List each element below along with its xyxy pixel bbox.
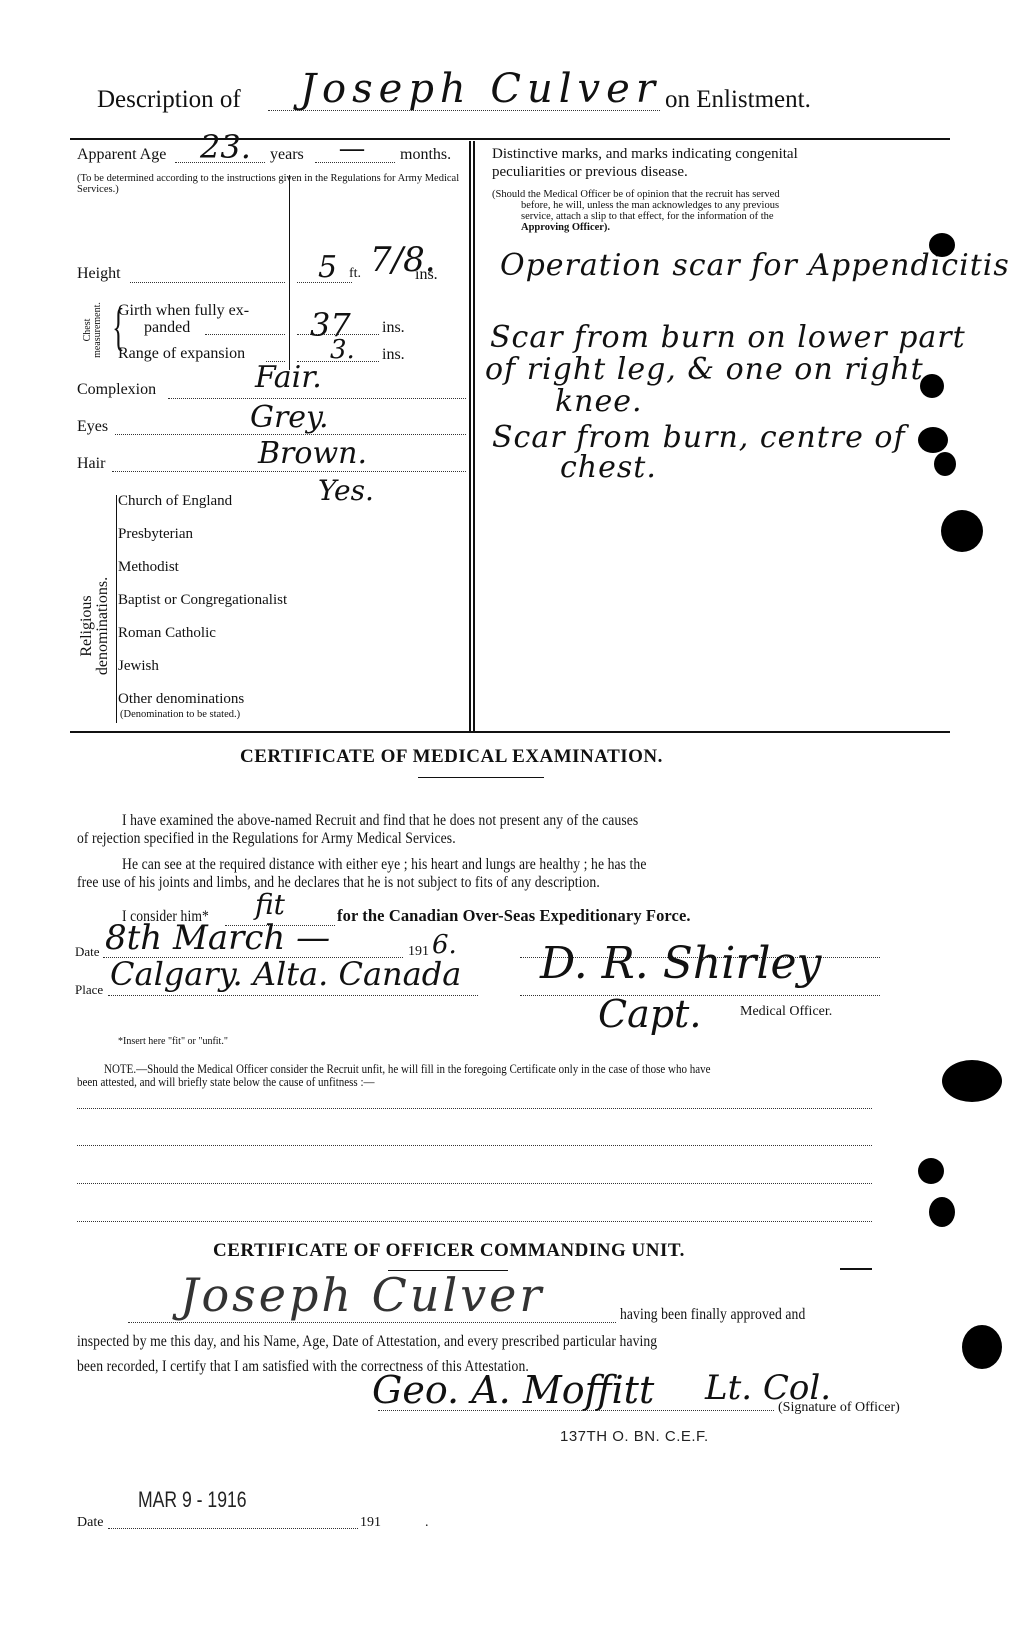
religion-line	[118, 641, 466, 642]
expansion-ins-label: ins.	[382, 346, 405, 364]
distinctive-mark-entry: of right leg, & one on right	[485, 352, 924, 387]
column-divider-2	[473, 141, 475, 731]
marks-heading-2: peculiarities or previous disease.	[492, 164, 688, 181]
medical-para2-line2: free use of his joints and limbs, and he…	[77, 874, 600, 892]
religion-side-label: Religious denominations.	[72, 540, 112, 710]
hair-value: Brown.	[258, 436, 367, 471]
unfitness-line-3	[77, 1183, 872, 1184]
medical-officer-signature: D. R. Shirley	[540, 938, 821, 989]
expansion-value: 3.	[330, 335, 355, 365]
fitness-value: fit	[255, 888, 285, 921]
measurement-divider	[289, 175, 290, 370]
years-label: years	[270, 146, 304, 164]
religion-row: Church of EnglandYes.	[118, 492, 468, 514]
punch-hole	[942, 1060, 1002, 1102]
girth-ins-label: ins.	[382, 319, 405, 337]
religion-line	[118, 707, 466, 708]
religion-label: Methodist	[118, 559, 179, 575]
hair-label: Hair	[77, 455, 105, 473]
note-line-2: been attested, and will briefly state be…	[77, 1075, 375, 1090]
religion-line	[118, 509, 466, 510]
punch-hole	[941, 510, 983, 552]
place-label: Place	[75, 982, 103, 998]
religion-line	[118, 575, 466, 576]
girth-label-2: panded	[144, 319, 190, 337]
recruit-signature: Joseph Culver	[180, 1268, 544, 1322]
punch-hole	[962, 1325, 1002, 1369]
unfitness-line-4	[77, 1221, 872, 1222]
medical-officer-label: Medical Officer.	[740, 1004, 832, 1020]
other-denomination-note: (Denomination to be stated.)	[120, 709, 240, 720]
commanding-certificate-title: CERTIFICATE OF OFFICER COMMANDING UNIT.	[213, 1240, 685, 1262]
religion-brace	[116, 495, 117, 723]
distinctive-mark-entry: chest.	[560, 450, 657, 485]
religion-row: Roman Catholic	[118, 624, 468, 646]
medical-date-label: Date	[75, 944, 100, 960]
religion-label: Church of England	[118, 493, 232, 509]
punch-hole	[929, 1197, 955, 1227]
religion-line	[118, 608, 466, 609]
ft-label: ft.	[349, 266, 361, 282]
co-date-stamp: MAR 9 - 1916	[138, 1487, 247, 1513]
co-date-line	[108, 1528, 358, 1529]
marks-note-3: service, attach a slip to that effect, f…	[521, 211, 774, 222]
religion-label: Baptist or Congregationalist	[118, 592, 287, 608]
religion-label: Presbyterian	[118, 526, 193, 542]
complexion-line	[168, 398, 466, 399]
punch-hole	[918, 427, 948, 453]
religion-value: Yes.	[318, 474, 374, 507]
title-rule	[418, 777, 544, 778]
girth-line	[205, 334, 285, 335]
height-feet-value: 5	[318, 250, 337, 285]
religion-label: Other denominations	[118, 691, 244, 707]
recruit-signature-line	[128, 1322, 616, 1323]
unfitness-line-2	[77, 1145, 872, 1146]
religion-line	[118, 674, 466, 675]
co-line2: inspected by me this day, and his Name, …	[77, 1333, 657, 1351]
co-line1-suffix: having been finally approved and	[620, 1306, 805, 1324]
unit-stamp: 137TH O. BN. C.E.F.	[560, 1428, 709, 1445]
height-label: Height	[77, 265, 121, 283]
consider-suffix: for the Canadian Over-Seas Expeditionary…	[337, 906, 691, 926]
fit-footnote: *Insert here "fit" or "unfit."	[118, 1036, 228, 1047]
expansion-label: Range of expansion	[118, 345, 245, 363]
religion-row: Jewish	[118, 657, 468, 679]
medical-para2-line1: He can see at the required distance with…	[122, 856, 646, 874]
unfitness-line-1	[77, 1108, 872, 1109]
eyes-value: Grey.	[250, 400, 329, 435]
religion-label: Jewish	[118, 658, 159, 674]
place-value: Calgary. Alta. Canada	[110, 955, 461, 993]
column-divider	[469, 141, 471, 731]
punch-hole	[934, 452, 956, 476]
section-divider-2	[840, 1268, 872, 1270]
marks-note-1: (Should the Medical Officer be of opinio…	[492, 189, 780, 200]
eyes-label: Eyes	[77, 418, 108, 436]
age-months-value: —	[340, 136, 364, 163]
religion-row: Methodist	[118, 558, 468, 580]
medical-officer-rank: Capt.	[598, 992, 701, 1036]
complexion-value: Fair.	[255, 360, 322, 395]
medical-date-value: 8th March —	[105, 918, 330, 958]
complexion-label: Complexion	[77, 381, 156, 399]
section-divider	[70, 731, 950, 733]
commanding-officer-signature: Geo. A. Moffitt	[372, 1368, 654, 1412]
religion-row: Baptist or Congregationalist	[118, 591, 468, 613]
header-suffix: on Enlistment.	[665, 86, 811, 114]
medical-para1-line1: I have examined the above-named Recruit …	[122, 812, 638, 830]
marks-heading-1: Distinctive marks, and marks indicating …	[492, 146, 798, 163]
medical-para1-line2: of rejection specified in the Regulation…	[77, 830, 456, 848]
months-label: months.	[400, 146, 451, 164]
place-line	[108, 995, 478, 996]
punch-hole	[920, 374, 944, 398]
distinctive-mark-entry: Scar from burn, centre of	[492, 420, 906, 455]
height-line	[130, 282, 285, 283]
ins-label: ins.	[415, 266, 438, 284]
religion-row: Presbyterian	[118, 525, 468, 547]
signature-of-officer-label: (Signature of Officer)	[778, 1400, 900, 1416]
punch-hole	[918, 1158, 944, 1184]
marks-note-2: before, he will, unless the man acknowle…	[521, 200, 779, 211]
header-prefix: Description of	[97, 86, 241, 114]
religion-line	[118, 542, 466, 543]
chest-side-label: Chest measurement.	[70, 300, 118, 362]
co-date-label: Date	[77, 1515, 103, 1531]
age-label: Apparent Age	[77, 146, 166, 164]
marks-note-4: Approving Officer).	[521, 222, 610, 233]
co-date-year-suffix: .	[425, 1515, 429, 1531]
medical-certificate-title: CERTIFICATE OF MEDICAL EXAMINATION.	[240, 746, 663, 768]
hair-line	[112, 471, 466, 472]
girth-label-1: Girth when fully ex-	[118, 302, 249, 320]
age-note: (To be determined according to the instr…	[77, 173, 462, 195]
distinctive-mark-entry: Scar from burn on lower part	[490, 320, 966, 355]
co-date-year-prefix: 191	[360, 1515, 381, 1531]
recruit-name: Joseph Culver	[300, 66, 661, 112]
distinctive-mark-entry: knee.	[555, 384, 643, 419]
age-years-value: 23.	[200, 128, 251, 166]
religion-label: Roman Catholic	[118, 625, 216, 641]
punch-hole	[929, 233, 955, 257]
